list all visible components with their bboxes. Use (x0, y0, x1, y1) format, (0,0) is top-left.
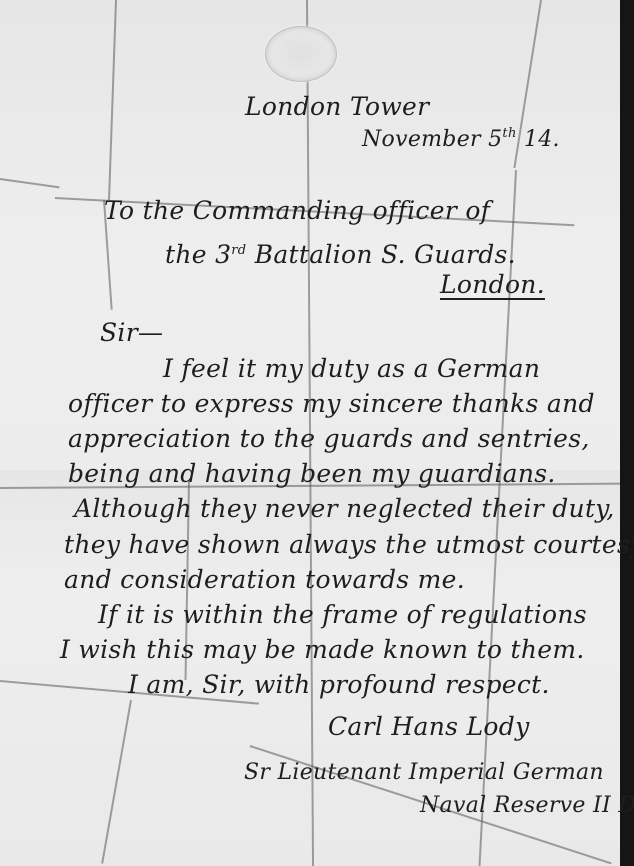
body-line: I am, Sir, with profound respect. (128, 670, 550, 699)
date-month-day: November 5 (362, 127, 502, 152)
letter-date: November 5th 14. (362, 126, 560, 152)
body-line: If it is within the frame of regulations (98, 600, 587, 629)
date-ordinal: th (502, 126, 516, 141)
embossed-seal (265, 26, 337, 82)
body-line: they have shown always the utmost courte… (64, 530, 634, 559)
addressee-city: London. (440, 270, 545, 299)
body-line: I wish this may be made known to them. (60, 635, 585, 664)
letter-place: London Tower (245, 92, 429, 121)
signature-name: Carl Hans Lody (328, 712, 530, 741)
body-line: being and having been my guardians. (68, 459, 556, 488)
addressee-line-1: To the Commanding officer of (104, 196, 490, 225)
date-year: 14. (524, 127, 560, 152)
addressee-ordinal: rd (231, 243, 246, 258)
body-line: officer to express my sincere thanks and (68, 389, 595, 418)
body-line: and consideration towards me. (64, 565, 465, 594)
signature-rank: Sr Lieutenant Imperial German (244, 760, 604, 785)
addressee-line-2: the 3rd Battalion S. Guards. (165, 240, 516, 269)
body-line: appreciation to the guards and sentries, (68, 424, 590, 453)
addressee-the-3: the 3 (165, 240, 231, 269)
addressee-battalion: Battalion S. Guards. (246, 240, 515, 269)
signature-unit: Naval Reserve II D. (420, 793, 634, 818)
salutation: Sir— (100, 318, 163, 347)
body-line: Although they never neglected their duty… (74, 494, 615, 523)
body-line: I feel it my duty as a German (163, 354, 540, 383)
background-edge (620, 0, 634, 866)
